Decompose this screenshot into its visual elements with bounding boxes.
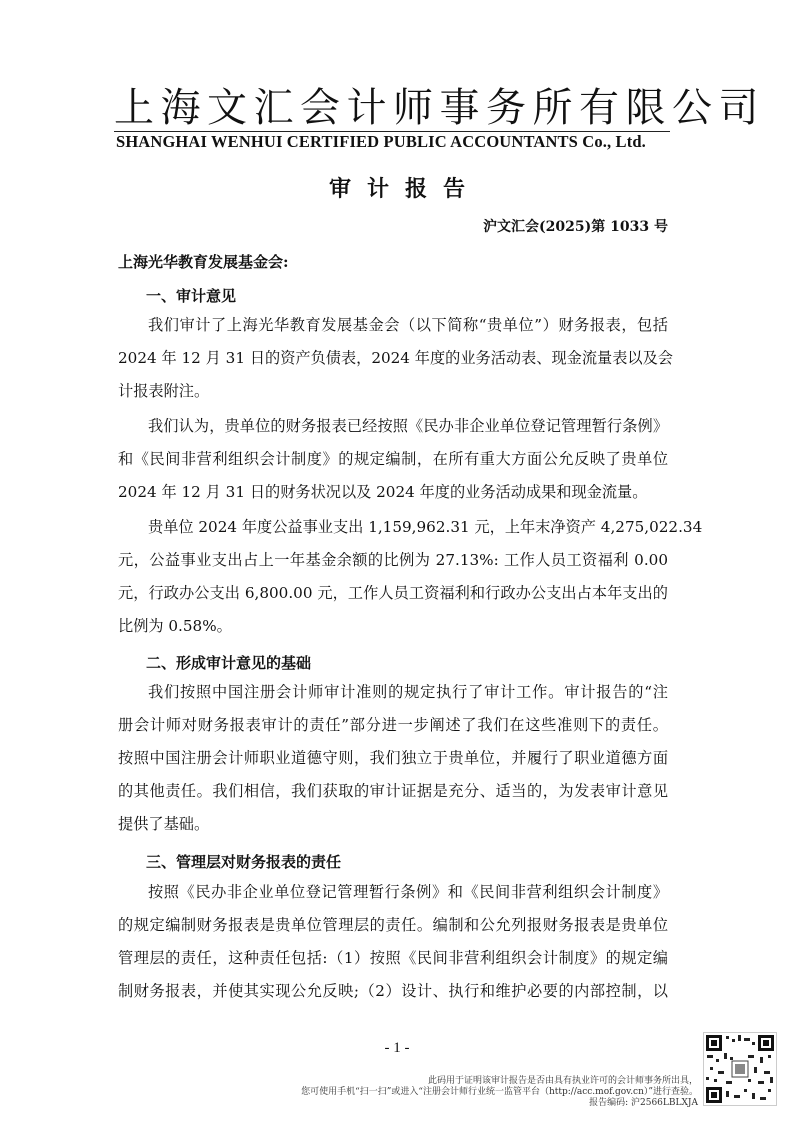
report-number: 沪文汇会(2025)第 1033 号 xyxy=(483,216,668,236)
text-line: 册会计师对财务报表审计的责任”部分进一步阐述了我们在这些准则下的责任。 xyxy=(118,709,668,742)
verify-line: 您可使用手机“扫一扫”或进入“注册会计师行业统一监管平台（http://acc.… xyxy=(301,1087,698,1098)
paragraph: 我们认为，贵单位的财务报表已经按照《民办非企业单位登记管理暂行条例》 和《民间非… xyxy=(118,410,668,509)
text-line: 管理层的责任，这种责任包括:（1）按照《民间非营利组织会计制度》的规定编 xyxy=(118,942,668,975)
paragraph: 我们按照中国注册会计师审计准则的规定执行了审计工作。审计报告的“注 册会计师对财… xyxy=(118,676,668,841)
company-name-en: SHANGHAI WENHUI CERTIFIED PUBLIC ACCOUNT… xyxy=(116,132,646,152)
section-heading-1: 一、审计意见 xyxy=(146,285,236,306)
page-number: - 1 - xyxy=(0,1040,794,1057)
report-code: 报告编码: 沪2566LBLXJA xyxy=(301,1098,698,1109)
verify-line: 此码用于证明该审计报告是否由具有执业许可的会计师事务所出具， xyxy=(301,1076,698,1087)
text-line: 提供了基础。 xyxy=(118,808,668,841)
text-line: 2024 年 12 月 31 日的财务状况以及 2024 年度的业务活动成果和现… xyxy=(118,476,668,509)
paragraph: 按照《民办非企业单位登记管理暂行条例》和《民间非营利组织会计制度》 的规定编制财… xyxy=(118,876,668,1008)
text-line: 贵单位 2024 年度公益事业支出 1,159,962.31 元，上年末净资产 … xyxy=(118,511,668,544)
section-heading-2: 二、形成审计意见的基础 xyxy=(146,652,311,673)
text-line: 的规定编制财务报表是贵单位管理层的责任。编制和公允列报财务报表是贵单位 xyxy=(118,909,668,942)
report-title: 审计报告 xyxy=(0,174,794,204)
addressee: 上海光华教育发展基金会: xyxy=(118,251,289,272)
text-line: 比例为 0.58%。 xyxy=(118,610,668,643)
paragraph: 我们审计了上海光华教育发展基金会（以下简称“贵单位”）财务报表，包括 2024 … xyxy=(118,309,668,408)
text-line: 元，公益事业支出占上一年基金余额的比例为 27.13%: 工作人员工资福利 0.… xyxy=(118,544,668,577)
text-line: 2024 年 12 月 31 日的资产负债表，2024 年度的业务活动表、现金流… xyxy=(118,342,668,375)
text-line: 的其他责任。我们相信，我们获取的审计证据是充分、适当的，为发表审计意见 xyxy=(118,775,668,808)
text-line: 元，行政办公支出 6,800.00 元，工作人员工资福利和行政办公支出占本年支出… xyxy=(118,577,668,610)
text-line: 我们按照中国注册会计师审计准则的规定执行了审计工作。审计报告的“注 xyxy=(118,676,668,709)
text-line: 我们认为，贵单位的财务报表已经按照《民办非企业单位登记管理暂行条例》 xyxy=(118,410,668,443)
text-line: 计报表附注。 xyxy=(118,375,668,408)
company-name-cn: 上海文汇会计师事务所有限公司 xyxy=(114,84,674,132)
text-line: 按照中国注册会计师职业道德守则，我们独立于贵单位，并履行了职业道德方面 xyxy=(118,742,668,775)
section-heading-3: 三、管理层对财务报表的责任 xyxy=(146,851,341,872)
text-line: 我们审计了上海光华教育发展基金会（以下简称“贵单位”）财务报表，包括 xyxy=(118,309,668,342)
paragraph: 贵单位 2024 年度公益事业支出 1,159,962.31 元，上年末净资产 … xyxy=(118,511,668,643)
text-line: 制财务报表，并使其实现公允反映;（2）设计、执行和维护必要的内部控制，以 xyxy=(118,975,668,1008)
text-line: 和《民间非营利组织会计制度》的规定编制，在所有重大方面公允反映了贵单位 xyxy=(118,443,668,476)
qr-code-icon xyxy=(703,1032,777,1106)
text-line: 按照《民办非企业单位登记管理暂行条例》和《民间非营利组织会计制度》 xyxy=(118,876,668,909)
verification-note: 此码用于证明该审计报告是否由具有执业许可的会计师事务所出具， 您可使用手机“扫一… xyxy=(301,1076,698,1109)
